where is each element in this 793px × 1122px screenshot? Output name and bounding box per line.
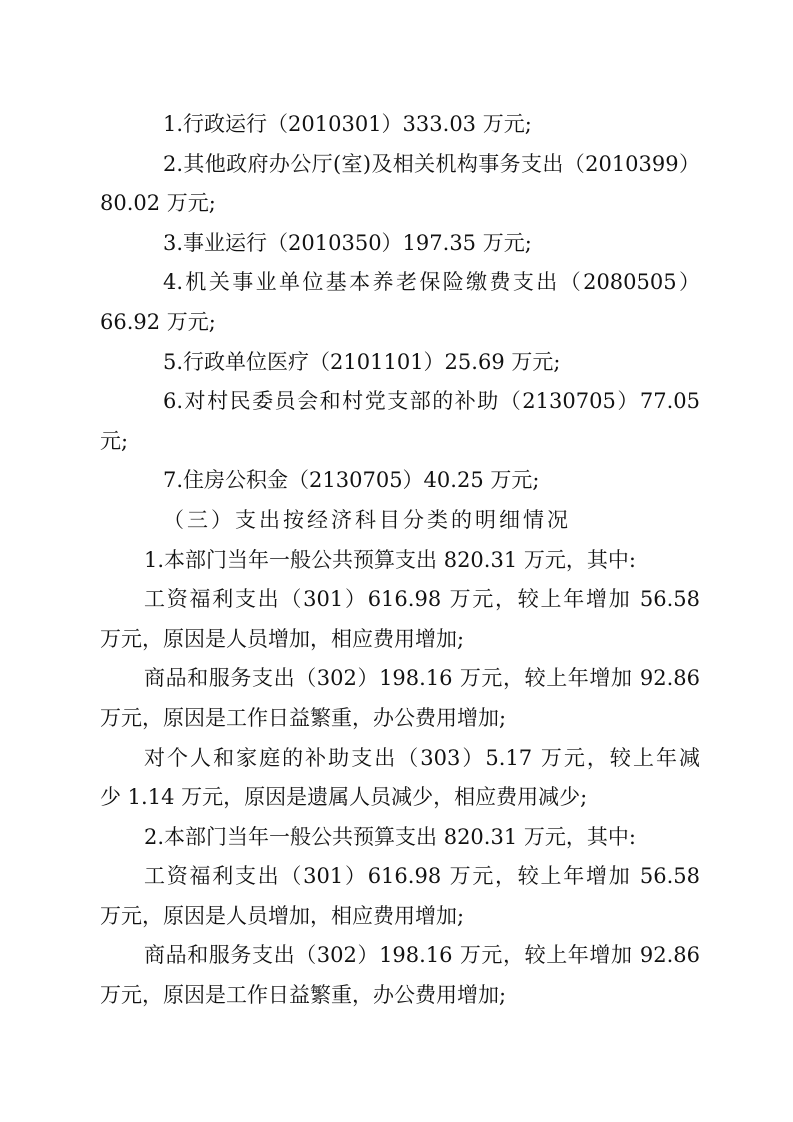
budget-item-housing-fund: 7.住房公积金（2130705）40.25 万元; (100, 461, 700, 501)
budget-item-other-gov-offices-cont: 80.02 万元; (100, 184, 700, 224)
summary-2-wages: 工资福利支出（301）616.98 万元，较上年增加 56.58 (100, 857, 700, 897)
section-heading: （三）支出按经济科目分类的明细情况 (100, 501, 700, 541)
summary-1-total: 1.本部门当年一般公共预算支出 820.31 万元，其中: (100, 541, 700, 581)
summary-2-goods-services-cont: 万元，原因是工作日益繁重，办公费用增加; (100, 976, 700, 1016)
summary-2-wages-cont: 万元，原因是人员增加，相应费用增加; (100, 897, 700, 937)
summary-1-individual-subsidy: 对个人和家庭的补助支出（303）5.17 万元，较上年减 (100, 739, 700, 779)
budget-item-pension-contribution: 4.机关事业单位基本养老保险缴费支出（2080505） (100, 263, 700, 303)
summary-1-individual-subsidy-cont: 少 1.14 万元，原因是遗属人员减少，相应费用减少; (100, 778, 700, 818)
document-page: 1.行政运行（2010301）333.03 万元; 2.其他政府办公厅(室)及相… (0, 0, 793, 1122)
summary-2-total: 2.本部门当年一般公共预算支出 820.31 万元，其中: (100, 818, 700, 858)
summary-2-goods-services: 商品和服务支出（302）198.16 万元，较上年增加 92.86 (100, 936, 700, 976)
budget-item-medical: 5.行政单位医疗（2101101）25.69 万元; (100, 343, 700, 383)
summary-1-wages-cont: 万元，原因是人员增加，相应费用增加; (100, 620, 700, 660)
summary-1-goods-services-cont: 万元，原因是工作日益繁重，办公费用增加; (100, 699, 700, 739)
budget-item-administration: 1.行政运行（2010301）333.03 万元; (100, 105, 700, 145)
budget-item-pension-contribution-cont: 66.92 万元; (100, 303, 700, 343)
summary-1-goods-services: 商品和服务支出（302）198.16 万元，较上年增加 92.86 (100, 659, 700, 699)
summary-1-wages: 工资福利支出（301）616.98 万元，较上年增加 56.58 (100, 580, 700, 620)
budget-item-village-subsidy: 6.对村民委员会和村党支部的补助（2130705）77.05 万 (100, 382, 700, 422)
budget-item-institution-operation: 3.事业运行（2010350）197.35 万元; (100, 224, 700, 264)
budget-item-village-subsidy-cont: 元; (100, 422, 700, 462)
budget-item-other-gov-offices: 2.其他政府办公厅(室)及相关机构事务支出（2010399） (100, 145, 700, 185)
